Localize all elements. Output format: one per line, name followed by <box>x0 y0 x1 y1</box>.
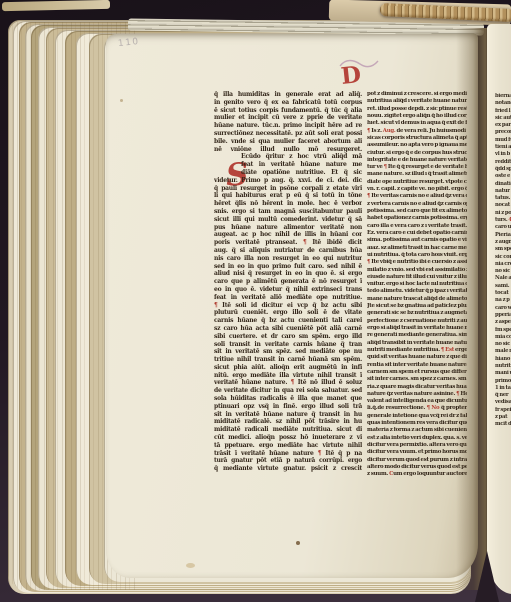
text-line: sm spē <box>495 246 511 253</box>
text-line: biernar <box>495 93 511 100</box>
book-photo: { "book": { "pencil_folio_number": "110"… <box>0 0 511 602</box>
text-line: tritiue nihil transit in carnē hūanā sm … <box>214 356 362 364</box>
text-line: aug. q̃ si aliquis nutriatur de carnibus… <box>214 247 362 255</box>
text-line: reddit <box>495 159 511 166</box>
text-line: ni z po <box>495 210 511 217</box>
text-line: sed in eo in quo primo fuit caro. sed ni… <box>214 263 362 271</box>
text-line: Pieria v <box>495 232 511 239</box>
text-line: sicas corporis structura alimēta q̃ apta… <box>367 135 467 142</box>
text-line: trāsit ī veritatē hūane nature ¶ Itē q̃ … <box>214 450 362 458</box>
text-line: quid sit veritas hūane nature z que diff… <box>367 354 467 361</box>
headline-letter-d: D <box>340 63 362 88</box>
text-line: 1 in ta <box>495 385 511 392</box>
text-line: nutritiua aliq̃d ī veritatē hūane nature… <box>367 98 467 105</box>
text-line: natur al <box>495 188 511 195</box>
text-line: q̃ pauli resurget in psōne corpali z eta… <box>214 185 362 193</box>
text-line: Nāle a <box>495 275 511 282</box>
text-line: tocat <box>495 290 511 297</box>
text-line: fr spei <box>495 407 511 414</box>
text-line: Jtē sicut se bz gnatiua ad pāticlez plus… <box>367 303 467 310</box>
text-line: diāte ope nutritiue resurget. vtpote cap… <box>367 179 467 186</box>
text-line: q̃dd sp <box>495 166 511 173</box>
text-line: sic aūt <box>495 115 511 122</box>
text-line: aliud nisi q̃ resurget in eo in quo ē. s… <box>214 270 362 278</box>
ink-fleck <box>296 541 300 545</box>
text-line: diāte opatiōne nutritiue. Et q̃ sic <box>214 169 362 177</box>
text-line: feat in veritatē hūane nature me <box>214 161 362 169</box>
text-line: materiā z formā z actum sibi cuenientem. <box>367 427 467 434</box>
text-line: hūane nature. tūc.n. primo incipit hēre … <box>214 122 362 130</box>
text-line: eiusdē nature fit illud cui vnitur z ill… <box>367 274 467 281</box>
text-line: potissima. sed caro que fit ex alimēto v… <box>367 208 467 215</box>
text-line: caro que p alimētū generata ē nō resurge… <box>214 278 362 286</box>
text-line: turā gnatur pōt etiā p naturā corrūpi. e… <box>214 457 362 465</box>
text-line: surrectiōnez necessitatē. pz aūt soli er… <box>214 130 362 138</box>
text-line: nis caro illa non resurget in eo qui nut… <box>214 255 362 263</box>
text-line: generati sic se bz nutritiua z augmētati… <box>367 310 467 317</box>
text-line: Ecūdo q̃ritur z hoc vtrū aliq̃d mā <box>214 153 362 161</box>
text-line: nō sic z <box>495 268 511 275</box>
text-line: z suum. Cum ergo loquuntur auctores de <box>367 471 467 478</box>
text-line: sit in veritatē hūane nature q̃ transit … <box>214 411 362 419</box>
text-line: de veritate dicitur in qua rei sola salu… <box>214 387 362 395</box>
text-line: q̃ mediante virtute gnatur. psicit z cre… <box>214 465 362 473</box>
text-line: nocat e <box>495 202 511 209</box>
text-line: rentia sit inter veritatē hūane nature e… <box>367 362 467 369</box>
text-line: tēdo alimētū. videtur q̃ p ipaz ī verita… <box>367 288 467 295</box>
text-line: turs. 4. <box>495 217 511 224</box>
text-line: mane nature trāscat aliq̃d de alimēto. <box>367 296 467 303</box>
text-line: aliq̃d transibit in veritatē hūane natur… <box>367 340 467 347</box>
text-line: habet opatiōnez carnis potissimā. ergo v… <box>367 215 467 222</box>
text-line: Ez. vera caro ē cui debet opatio carnis … <box>367 230 467 237</box>
text-line: ptinuari opz vsq̃ in finē. ergo illud so… <box>214 403 362 411</box>
text-line: mane nature. sz illud ī q̃ trāsit alimēt… <box>367 171 467 178</box>
text-line: ret. illud posse depdi. z sic ptinue res… <box>367 106 467 113</box>
text-line: miditatē radicalē. sz nihil pōt trāsire … <box>214 418 362 426</box>
text-line: dinatiō <box>495 181 511 188</box>
text-line: carnem sm spēm et rursus que differentia <box>367 369 467 376</box>
text-line: nā z p <box>495 297 511 304</box>
text-line: caro illa ē vera caro z ī veritatē trāsi… <box>367 223 467 230</box>
text-line: notand <box>495 100 511 107</box>
text-line: sibi cuertere. et dr caro sm spēm. ergo … <box>214 333 362 341</box>
text-line: miditatē radicali mediāte nutritiua. sic… <box>214 426 362 434</box>
text-line: dicitur vera permixtio. altera vero qua … <box>367 442 467 449</box>
text-column-right: pōt z diminui z crescere. si ergo mediāt… <box>367 91 467 479</box>
text-line: pus hūane nature alimentor veritatē non <box>214 224 362 232</box>
text-line: z augm <box>495 239 511 246</box>
text-line: soli transit in veritate carnis hūane q̃… <box>214 341 362 349</box>
gutter-shadow <box>456 28 488 590</box>
text-line: dicitur vera vnum. et primo horus modo p <box>367 449 467 456</box>
text-line: est z alia intetio veri duplex. qua. s. … <box>367 435 467 442</box>
recto-page-sliver: biernarnotandfried lsic aūtex parprecorm… <box>487 24 511 594</box>
text-line: pperia <box>495 312 511 319</box>
text-line: veritatē hūane nature. ¶ Itē nō illud ē … <box>214 379 362 387</box>
text-line: ¶ Is z. Aug. de vera reli. Ju huiusmodi … <box>367 128 467 135</box>
text-line: feat in veritatē aliō mediāte ope nutrit… <box>214 294 362 302</box>
text-line: ergo si aliq̃d trāsit in veritatē hūane … <box>367 325 467 332</box>
text-line: nouū. zigitet ergo aliq̃n q̃ hō illud co… <box>367 113 467 120</box>
text-line: ē sicut totius corpis fundamentū. q̃ tūc… <box>214 107 362 115</box>
text-line: q̃ illa humiditas in generale erat ad al… <box>214 91 362 99</box>
text-line: sima. potissima aūt carnis opatio ē viue… <box>367 237 467 244</box>
text-line: riā.z quare magis dicatur veritas hūane <box>367 384 467 391</box>
text-line: māle n <box>495 348 511 355</box>
text-line: ¶ Itē vbiq̃ ē nutritio ibi ē cuersio z a… <box>367 259 467 266</box>
text-line: q̃ ner <box>495 392 511 399</box>
text-line: dicitur verum quod est purum z intraneū. <box>367 457 467 464</box>
text-line: sami. <box>495 283 511 290</box>
text-line: hīet. sicut vl demus in aqua q̃ exit de … <box>367 120 467 127</box>
text-line: tur ve ¶ Itē q̃ q̃ resurget ē de veritat… <box>367 164 467 171</box>
text-line: primo <box>495 378 511 385</box>
text-line: nutriti mediante nutritiua. ¶ Est ergo q… <box>367 347 467 354</box>
text-line: fried l <box>495 108 511 115</box>
text-line: mani u <box>495 370 511 377</box>
text-line: fm spe <box>495 327 511 334</box>
text-line: tieni a <box>495 144 511 151</box>
text-line: caro ut <box>495 224 511 231</box>
text-line: vl in b <box>495 151 511 158</box>
text-line: sicut illi qui multū comederint. videtur… <box>214 216 362 224</box>
text-line: valent ad intelligenda ea que dicuntur ī… <box>367 398 467 405</box>
text-line: milatio z vnio. sed vbi est assimilatio … <box>367 267 467 274</box>
text-line: generale intetiōne qua vcq̃ rei dr z fal… <box>367 413 467 420</box>
text-line: in genito vero q̃ ex ea fabricatū totū c… <box>214 99 362 107</box>
text-line: ¶ Itē veritas carnis nō ē aliud q̃z vera… <box>367 193 467 200</box>
text-line: pluturū cueniēt. ergo illo soli ē de vit… <box>214 309 362 317</box>
text-line: sz caro hūa acta sibi cueniētē pōt aliā … <box>214 325 362 333</box>
text-line: mulier et incipit cū vere z pprie de ver… <box>214 114 362 122</box>
text-line: nē vniōne illud nullo mō resurgeret. <box>214 146 362 154</box>
text-line: altero modo dicitur verus quod est perma… <box>367 464 467 471</box>
text-line: poris veritatē ptranseat. ¶ Itē ibidē di… <box>214 239 362 247</box>
text-line: nitū. ergo mediāte illa virtute nihil tr… <box>214 372 362 380</box>
text-line: eo in quo ē. videtur q̃ nihil extrinseci… <box>214 286 362 294</box>
text-line: perfectiōne z cseruatiōne nutriti z augm… <box>367 318 467 325</box>
text-line: quas intentionem res vera dicitur que ha… <box>367 420 467 427</box>
text-line: assumileur. nō apta vero p ignaua meatus… <box>367 142 467 149</box>
text-line: ¶ Itē soli id dicitur ei vcp q̃ bz actu … <box>214 302 362 310</box>
text-line: mia cor <box>495 334 511 341</box>
text-line: tā ppetuare. ergo mediāte hac virtute ni… <box>214 442 362 450</box>
text-line: ciūtur. si ergo q̃ ē de corpus hus struc… <box>367 150 467 157</box>
text-line: precor <box>495 129 511 136</box>
text-line: augeat. ac p hoc nihil de illis in hūani… <box>214 231 362 239</box>
text-line: vn. r. capil. z capite ve. nō pibit. erg… <box>367 186 467 193</box>
text-line: z pat <box>495 414 511 421</box>
text-line: cūt medici. alioq̃n possz hō inueterare … <box>214 434 362 442</box>
text-line: videtur. Primo p aug. q̃. xxvi. de ci. d… <box>214 177 362 185</box>
text-line: oste e <box>495 173 511 180</box>
text-line: integritatē ē de hūane nature veritatē. … <box>367 157 467 164</box>
text-line: caro w <box>495 305 511 312</box>
text-line: sic con <box>495 254 511 261</box>
text-line: sicut phia aiūt. alioq̃n erit augmētū in… <box>214 364 362 372</box>
text-line: carnis hūane q̃ bz actu cuenienti tali c… <box>214 317 362 325</box>
text-line: aīaz. sz alimēti trāsit in hāc carnē med… <box>367 245 467 252</box>
text-line: z asped <box>495 319 511 326</box>
text-line: nō sic d <box>495 341 511 348</box>
text-line: z vertera carnis nō ē aliud q̃z carnis o… <box>367 201 467 208</box>
text-line: nia cre <box>495 261 511 268</box>
cover-edge-sliver <box>2 0 110 11</box>
text-line: nature q̃z veritas nature asinine. ¶ Hec… <box>367 391 467 398</box>
page-stain <box>186 563 195 568</box>
text-line: nutriti <box>495 363 511 370</box>
text-line: sola hūiditas radicalis ē illa que manet… <box>214 395 362 403</box>
text-line: mcit d <box>495 421 511 428</box>
text-line: pōt z diminui z crescere. si ergo mediāt… <box>367 91 467 98</box>
text-line: snis. ergo si tam magnā suscitabuntur pa… <box>214 208 362 216</box>
text-line: sit in veritatē sm spēz. sed mediāte ope… <box>214 348 362 356</box>
text-line: re generati mediante generatiua. similit… <box>367 332 467 339</box>
text-line: vedisat <box>495 399 511 406</box>
text-line: ui nutritiua. q̃ tota caro hoīs viuit. e… <box>367 252 467 259</box>
text-line: li qui habiturus erat p eū q̃ si totū in… <box>214 192 362 200</box>
text-line: tatus. q <box>495 195 511 202</box>
recto-text-fragment: biernarnotandfried lsic aūtex parprecorm… <box>495 93 511 429</box>
text-line: li.q̃.de resurrectione. ¶ No q̃ propter <box>367 405 467 412</box>
text-line: mud fu <box>495 137 511 144</box>
text-column-left: q̃ illa humiditas in generale erat ad al… <box>214 91 362 473</box>
text-line: sit inter carnes. sm spēz z carnes. sm e… <box>367 376 467 383</box>
text-line: hiano <box>495 356 511 363</box>
text-line: hēret q̃lis nō hērent in mole. hec ē ver… <box>214 200 362 208</box>
text-line: bile. vnde si qua mulier faceret abortum… <box>214 138 362 146</box>
fox-spot <box>120 99 123 102</box>
text-line: vnitur. ergo si hoc lacte nīl nutritiua … <box>367 281 467 288</box>
text-line: ex par <box>495 122 511 129</box>
